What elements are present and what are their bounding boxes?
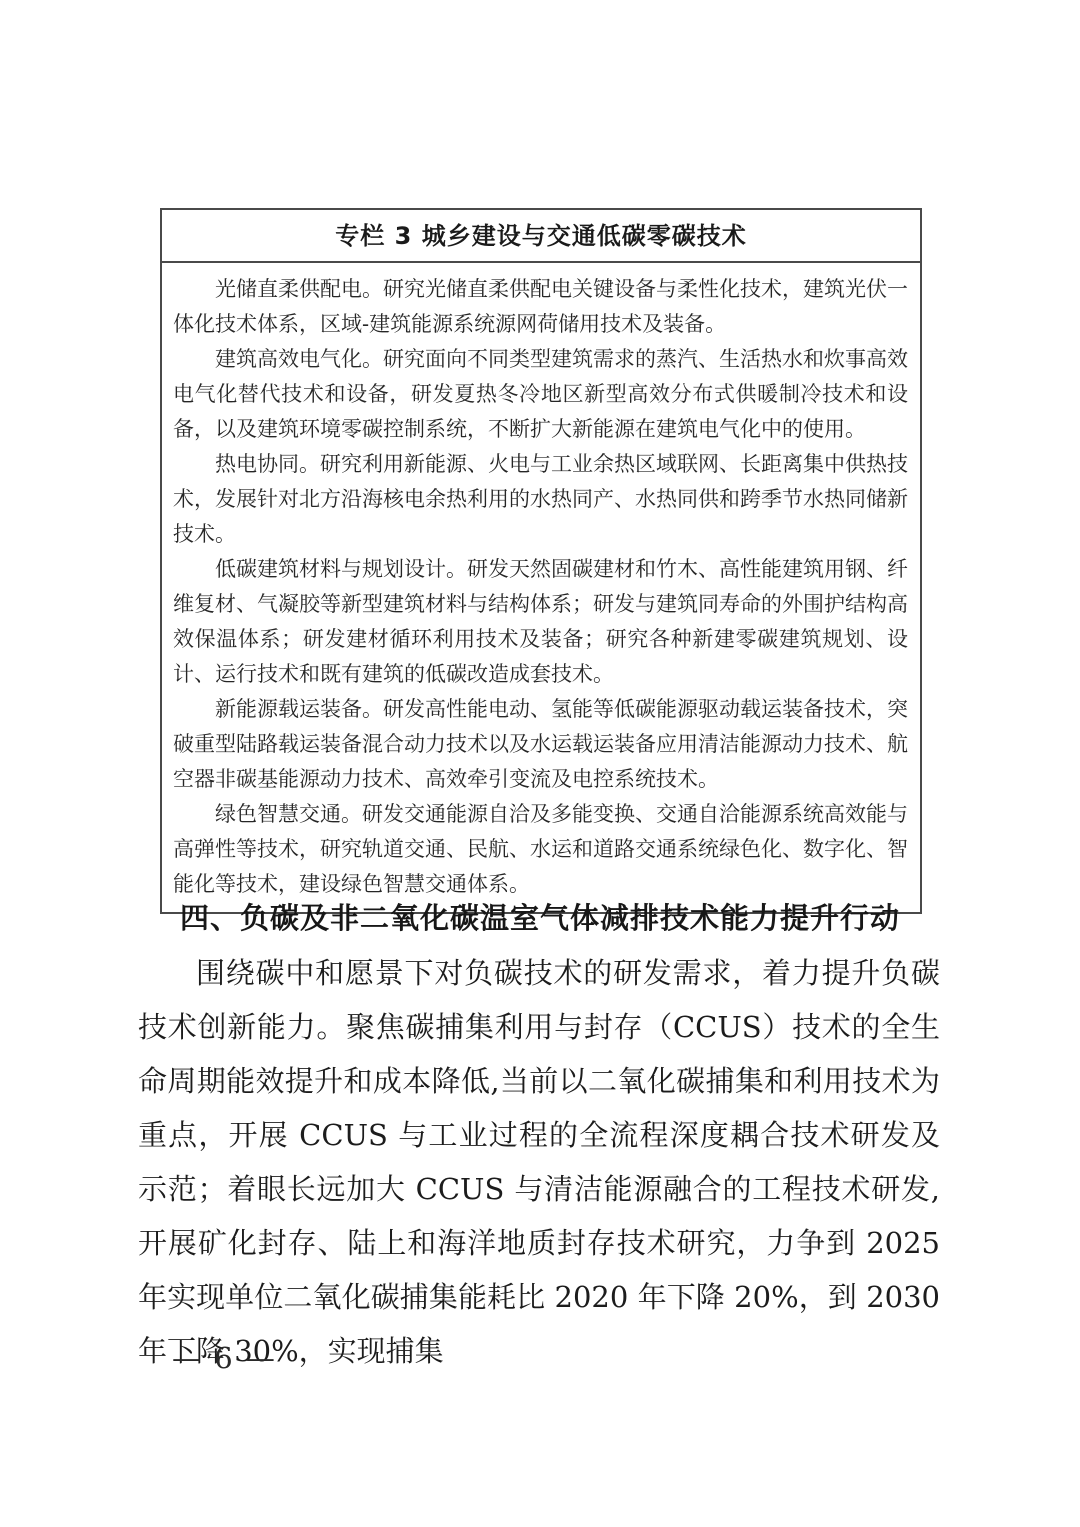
column-box-title: 专栏 3 城乡建设与交通低碳零碳技术 <box>162 210 920 263</box>
box-paragraph-low-carbon-materials: 低碳建筑材料与规划设计。研发天然固碳建材和竹木、高性能建筑用钢、纤维复材、气凝胶… <box>173 552 908 692</box>
section-body-paragraph: 围绕碳中和愿景下对负碳技术的研发需求，着力提升负碳技术创新能力。聚焦碳捕集利用与… <box>138 946 940 1378</box>
page-number: — 6 — <box>172 1341 277 1375</box>
box-paragraph-green-smart-transport: 绿色智慧交通。研发交通能源自洽及多能变换、交通自洽能源系统高效能与高弹性等技术，… <box>173 797 908 902</box>
section-body: 围绕碳中和愿景下对负碳技术的研发需求，着力提升负碳技术创新能力。聚焦碳捕集利用与… <box>138 946 940 1336</box>
column-box: 专栏 3 城乡建设与交通低碳零碳技术 光储直柔供配电。研究光储直柔供配电关键设备… <box>160 208 922 914</box>
column-box-body: 光储直柔供配电。研究光储直柔供配电关键设备与柔性化技术，建筑光伏一体化技术体系，… <box>162 263 920 912</box>
box-paragraph-heat-power-synergy: 热电协同。研究利用新能源、火电与工业余热区域联网、长距离集中供热技术，发展针对北… <box>173 447 908 552</box>
document-page: 专栏 3 城乡建设与交通低碳零碳技术 光储直柔供配电。研究光储直柔供配电关键设备… <box>0 0 1080 1527</box>
section-heading: 四、负碳及非二氧化碳温室气体减排技术能力提升行动 <box>140 897 940 939</box>
box-paragraph-new-energy-vehicles: 新能源载运装备。研发高性能电动、氢能等低碳能源驱动载运装备技术，突破重型陆路载运… <box>173 692 908 797</box>
box-paragraph-building-electrification: 建筑高效电气化。研究面向不同类型建筑需求的蒸汽、生活热水和炊事高效电气化替代技术… <box>173 342 908 447</box>
box-paragraph-solar-storage: 光储直柔供配电。研究光储直柔供配电关键设备与柔性化技术，建筑光伏一体化技术体系，… <box>173 272 908 342</box>
